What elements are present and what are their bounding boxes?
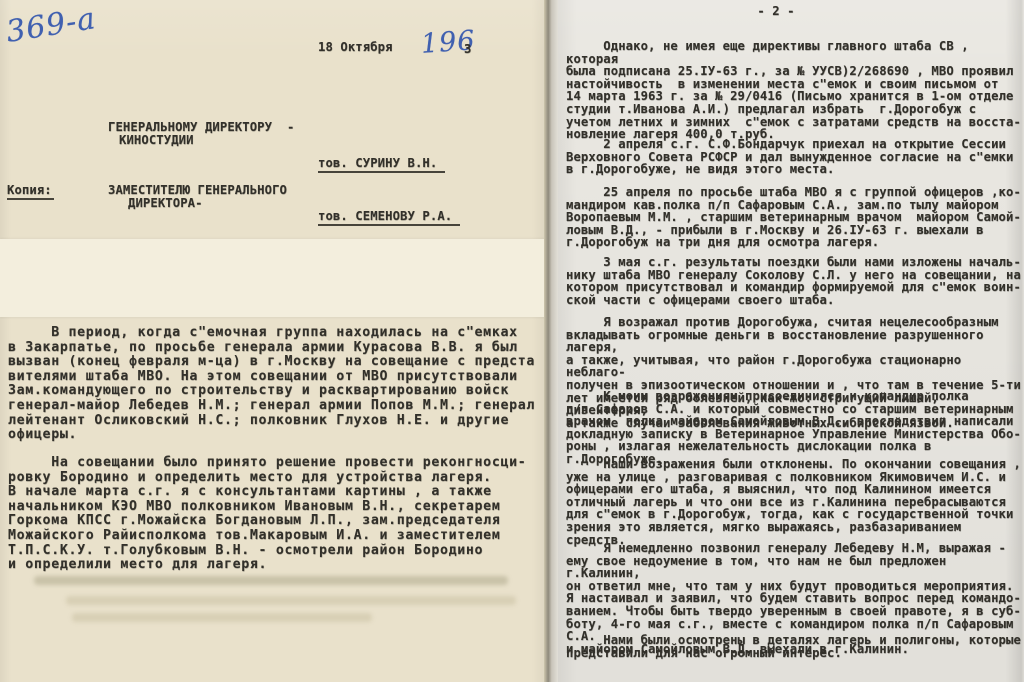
page1-paragraph-2: На совещании было принято решение провес… bbox=[8, 456, 548, 573]
page2-paragraph-7: Наши возражения были отклонены. По оконч… bbox=[566, 458, 1024, 546]
copy-title-line1: ЗАМЕСТИТЕЛЮ ГЕНЕРАЛЬНОГО bbox=[108, 184, 287, 197]
date-day-month: 18 Октября bbox=[318, 41, 393, 54]
bleed-through-line bbox=[34, 576, 508, 585]
date-year-digit: 3 bbox=[464, 43, 471, 56]
document-page-1: 369-а 18 Октября 196 3 ГЕНЕРАЛЬНОМУ ДИРЕ… bbox=[0, 0, 548, 682]
handwritten-ref-number: 369-а bbox=[4, 1, 99, 50]
copy-title-line2: ДИРЕКТОРА- bbox=[128, 197, 203, 210]
document-scan: 369-а 18 Октября 196 3 ГЕНЕРАЛЬНОМУ ДИРЕ… bbox=[0, 0, 1024, 682]
copy-recipient-name: тов. СЕМЕНОВУ Р.А. bbox=[318, 210, 460, 226]
document-page-2: - 2 - Однако, не имея еще директивы глав… bbox=[558, 0, 1024, 682]
page2-paragraph-2: 2 апреля с.г. С.Ф.Бондарчук приехал на о… bbox=[566, 138, 1022, 176]
page-number: - 2 - bbox=[566, 5, 986, 18]
recipient-title-line2: КИНОСТУДИИ bbox=[119, 134, 194, 147]
page2-paragraph-4: 3 мая с.г. результаты поездки были нами … bbox=[566, 256, 1022, 306]
scan-light-band bbox=[0, 239, 548, 317]
page2-paragraph-3: 25 апреля по просьбе штаба МВО я с групп… bbox=[566, 186, 1022, 249]
page-seam-shadow bbox=[544, 0, 558, 682]
bleed-through-line bbox=[66, 596, 516, 605]
page2-paragraph-6: К моим возражениям присоединился и коман… bbox=[566, 390, 1024, 466]
copy-label: Копия: bbox=[7, 184, 54, 200]
bleed-through-line bbox=[72, 613, 372, 622]
page2-paragraph-9: Нами были осмотрены в деталях лагерь и п… bbox=[566, 634, 1022, 659]
page2-paragraph-1: Однако, не имея еще директивы главного ш… bbox=[566, 40, 1022, 141]
recipient-name: тов. СУРИНУ В.Н. bbox=[318, 157, 445, 173]
recipient-title-line1: ГЕНЕРАЛЬНОМУ ДИРЕКТОРУ - bbox=[108, 121, 294, 134]
page1-paragraph-1: В период, когда с"емочная группа находил… bbox=[8, 326, 548, 443]
